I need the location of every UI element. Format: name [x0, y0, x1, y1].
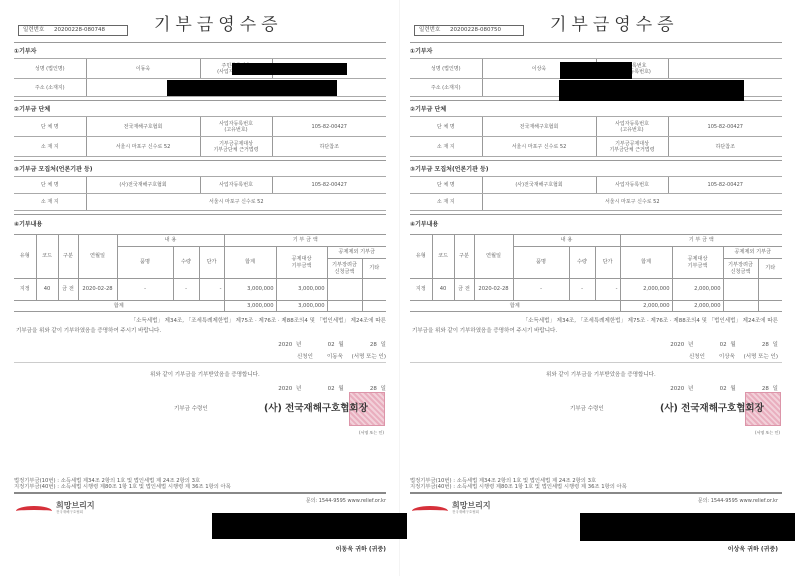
applicant-line: 신청인 이동욱 (서명 또는 인) — [297, 352, 386, 360]
sum-deductible: 3,000,000 — [276, 301, 327, 312]
org-reg-label: 사업자등록번호(고유번호) — [200, 117, 272, 137]
confirm-statement: 위와 같이 기부금을 기부받았음을 증명합니다. — [150, 370, 260, 378]
sum-label: 합계 — [14, 301, 224, 312]
recipient-address-redacted — [212, 513, 407, 539]
donor-id-redacted — [668, 59, 782, 79]
col-category: 구분 — [454, 235, 474, 279]
cell-code: 40 — [36, 279, 58, 301]
donation-table: 유형 코드 구분 연월일 내 용 기 부 금 액 품명 수량 단가 합계 공제대… — [410, 234, 782, 312]
cell-date: 2020-02-28 — [78, 279, 117, 301]
cell-unit-price: - — [199, 279, 224, 301]
contact-info: 문의: 1544-9595 www.relief.or.kr — [306, 497, 386, 504]
cell-total: 3,000,000 — [224, 279, 276, 301]
serial-number-box: 일련번호 20200228-080748 — [18, 25, 128, 36]
cell-date: 2020-02-28 — [474, 279, 513, 301]
org-location: 서울시 마포구 신수로 52 — [482, 137, 596, 157]
col-amount-group: 기 부 금 액 — [224, 235, 386, 247]
cell-category: 금 전 — [454, 279, 474, 301]
statement-line-1: 「소득세법」 제34조, 「조세특례제한법」 제75조 · 제76조 · 제88… — [131, 316, 386, 324]
sum-other — [758, 301, 782, 312]
serial-number: 20200228-080748 — [54, 27, 105, 33]
applicant-name: 이동욱 — [327, 354, 343, 360]
applicant-label: 신청인 — [689, 354, 705, 360]
collector-reg-label: 사업자등록번호 — [200, 177, 272, 194]
org-reg-number: 105-82-00427 — [272, 117, 386, 137]
logo-swoosh-icon — [412, 506, 448, 516]
applicant-label: 신청인 — [297, 354, 313, 360]
org-basis-label: 기부금공제대상기부금단체 근거법령 — [200, 137, 272, 157]
serial-label: 일련번호 — [23, 27, 44, 33]
collector-reg-number: 105-82-00427 — [668, 177, 782, 194]
col-non-deductible: 공제제외 기부금 — [327, 247, 386, 259]
footer-divider — [14, 492, 386, 494]
statement-line-2: 기부금을 위와 같이 기부하였음을 증명하여 주시기 바랍니다. — [16, 326, 161, 334]
collector-table: 단 체 명 (사)전국재해구호협회 사업자등록번호 105-82-00427 소… — [14, 176, 386, 211]
col-refund: 기부장려금신청금액 — [723, 259, 758, 279]
col-refund: 기부장려금신청금액 — [327, 259, 362, 279]
org-location-label: 소 재 지 — [410, 137, 482, 157]
section-divider — [14, 100, 386, 101]
cell-quantity: - — [173, 279, 199, 301]
receiver-org: (사) 전국재해구호협회장 — [660, 400, 764, 414]
col-item: 품명 — [117, 247, 173, 279]
receiver-org: (사) 전국재해구호협회장 — [264, 400, 368, 414]
sum-refund — [327, 301, 362, 312]
cell-refund — [327, 279, 362, 301]
org-name: 전국재해구호협회 — [86, 117, 200, 137]
sum-other — [362, 301, 386, 312]
donor-address-redaction — [559, 80, 744, 101]
donor-address-label: 주소 (소재지) — [14, 79, 86, 97]
sum-refund — [723, 301, 758, 312]
col-category: 구분 — [58, 235, 78, 279]
serial-number: 20200228-080750 — [450, 27, 501, 33]
receiver-sign: (서명 또는 인) — [359, 430, 384, 436]
collector-name-label: 단 체 명 — [410, 177, 482, 194]
cell-code: 40 — [432, 279, 454, 301]
col-unit-price: 단가 — [595, 247, 620, 279]
org-table: 단 체 명 전국재해구호협회 사업자등록번호(고유번호) 105-82-0042… — [14, 116, 386, 157]
applicant-sign: (서명 또는 인) — [352, 354, 386, 360]
cell-deductible: 2,000,000 — [672, 279, 723, 301]
org-basis: 하단참조 — [668, 137, 782, 157]
donor-id-redaction — [560, 62, 632, 79]
section-divider — [14, 214, 386, 215]
col-content-group: 내 용 — [513, 235, 620, 247]
cell-type: 지정 — [410, 279, 432, 301]
cell-unit-price: - — [595, 279, 620, 301]
donor-id-redaction — [232, 63, 347, 75]
applicant-name: 이상욱 — [719, 354, 735, 360]
section-divider — [410, 160, 782, 161]
cell-category: 금 전 — [58, 279, 78, 301]
org-name-label: 단 체 명 — [14, 117, 86, 137]
cell-other — [758, 279, 782, 301]
org-reg-number: 105-82-00427 — [668, 117, 782, 137]
col-deductible: 공제대상기부금액 — [276, 247, 327, 279]
section-org-heading: ②기부금 단체 — [410, 104, 782, 113]
section-donor-heading: ①기부자 — [410, 46, 782, 55]
footer-note-2: 지정기부금(40번) : 소득세법 시행령 제80조 1항 1호 및 법인세법 … — [410, 484, 627, 490]
receiver-sign: (서명 또는 인) — [755, 430, 780, 436]
section-donor-heading: ①기부자 — [14, 46, 386, 55]
collector-location: 서울시 마포구 신수로 52 — [482, 194, 782, 211]
receipt-title: 기부금영수증 — [550, 10, 679, 35]
confirm-statement: 위와 같이 기부금을 기부받았음을 증명합니다. — [546, 370, 656, 378]
donation-receipt-1: 일련번호 20200228-080748 기부금영수증 ①기부자 성명 (법인명… — [14, 0, 398, 576]
sum-total: 3,000,000 — [224, 301, 276, 312]
section-divider — [14, 362, 386, 363]
col-other: 기타 — [758, 259, 782, 279]
col-deductible: 공제대상기부금액 — [672, 247, 723, 279]
logo-subtext: 전국재해구호협회 — [56, 510, 83, 515]
cell-item: - — [513, 279, 569, 301]
col-type: 유형 — [14, 235, 36, 279]
col-unit-price: 단가 — [199, 247, 224, 279]
cell-item: - — [117, 279, 173, 301]
org-table: 단 체 명 전국재해구호협회 사업자등록번호(고유번호) 105-82-0042… — [410, 116, 782, 157]
col-total: 합계 — [620, 247, 672, 279]
page-divider — [399, 0, 400, 576]
cell-other — [362, 279, 386, 301]
col-non-deductible: 공제제외 기부금 — [723, 247, 782, 259]
cell-total: 2,000,000 — [620, 279, 672, 301]
footer-divider — [410, 492, 782, 494]
contact-info: 문의: 1544-9595 www.relief.or.kr — [698, 497, 778, 504]
serial-label: 일련번호 — [419, 27, 440, 33]
receiver-label: 기부금 수령인 — [570, 404, 604, 412]
org-location-label: 소 재 지 — [14, 137, 86, 157]
donor-name: 이동욱 — [86, 59, 200, 79]
cell-quantity: - — [569, 279, 595, 301]
donor-name-label: 성명 (법인명) — [410, 59, 482, 79]
statement-line-1: 「소득세법」 제34조, 「조세특례제한법」 제75조 · 제76조 · 제88… — [523, 316, 778, 324]
col-total: 합계 — [224, 247, 276, 279]
confirm-date: 2020 년 02 월 28 일 — [670, 384, 778, 392]
col-type: 유형 — [410, 235, 432, 279]
col-other: 기타 — [362, 259, 386, 279]
collector-location-label: 소 재 지 — [14, 194, 86, 211]
collector-table: 단 체 명 (사)전국재해구호협회 사업자등록번호 105-82-00427 소… — [410, 176, 782, 211]
col-quantity: 수량 — [173, 247, 199, 279]
donor-address-redaction — [167, 80, 337, 96]
receipt-title: 기부금영수증 — [154, 10, 283, 35]
table-row: 지정 40 금 전 2020-02-28 - - - 2,000,000 2,0… — [410, 279, 782, 301]
col-code: 코드 — [432, 235, 454, 279]
table-row: 지정 40 금 전 2020-02-28 - - - 3,000,000 3,0… — [14, 279, 386, 301]
col-amount-group: 기 부 금 액 — [620, 235, 782, 247]
collector-name: (사)전국재해구호협회 — [482, 177, 596, 194]
cell-type: 지정 — [14, 279, 36, 301]
collector-reg-number: 105-82-00427 — [272, 177, 386, 194]
section-content-heading: ④기부내용 — [14, 219, 386, 228]
donor-name-label: 성명 (법인명) — [14, 59, 86, 79]
section-divider — [14, 42, 386, 43]
sum-deductible: 2,000,000 — [672, 301, 723, 312]
section-collector-heading: ③기부금 모집처(언론기관 등) — [410, 164, 782, 173]
collector-location: 서울시 마포구 신수로 52 — [86, 194, 386, 211]
col-date: 연월일 — [78, 235, 117, 279]
statement-line-2: 기부금을 위와 같이 기부하였음을 증명하여 주시기 바랍니다. — [412, 326, 557, 334]
sum-row: 합계 3,000,000 3,000,000 — [14, 301, 386, 312]
sum-total: 2,000,000 — [620, 301, 672, 312]
collector-location-label: 소 재 지 — [410, 194, 482, 211]
sum-label: 합계 — [410, 301, 620, 312]
section-divider — [410, 214, 782, 215]
col-item: 품명 — [513, 247, 569, 279]
col-content-group: 내 용 — [117, 235, 224, 247]
applicant-date: 2020 년 02 월 28 일 — [278, 340, 386, 348]
applicant-line: 신청인 이상욱 (서명 또는 인) — [689, 352, 778, 360]
col-date: 연월일 — [474, 235, 513, 279]
collector-name: (사)전국재해구호협회 — [86, 177, 200, 194]
serial-number-box: 일련번호 20200228-080750 — [414, 25, 524, 36]
col-code: 코드 — [36, 235, 58, 279]
logo-swoosh-icon — [16, 506, 52, 516]
collector-reg-label: 사업자등록번호 — [596, 177, 668, 194]
section-collector-heading: ③기부금 모집처(언론기관 등) — [14, 164, 386, 173]
section-org-heading: ②기부금 단체 — [14, 104, 386, 113]
applicant-sign: (서명 또는 인) — [744, 354, 778, 360]
donation-table: 유형 코드 구분 연월일 내 용 기 부 금 액 품명 수량 단가 합계 공제대… — [14, 234, 386, 312]
org-reg-label: 사업자등록번호(고유번호) — [596, 117, 668, 137]
section-content-heading: ④기부내용 — [410, 219, 782, 228]
donation-receipt-2: 일련번호 20200228-080750 기부금영수증 ①기부자 성명 (법인명… — [410, 0, 790, 576]
org-name-label: 단 체 명 — [410, 117, 482, 137]
section-divider — [14, 160, 386, 161]
section-divider — [410, 42, 782, 43]
col-quantity: 수량 — [569, 247, 595, 279]
recipient-address-redacted — [580, 513, 795, 541]
footer-note-2: 지정기부금(40번) : 소득세법 시행령 제80조 1항 1호 및 법인세법 … — [14, 484, 231, 490]
org-basis: 하단참조 — [272, 137, 386, 157]
confirm-date: 2020 년 02 월 28 일 — [278, 384, 386, 392]
donor-address-label: 주소 (소재지) — [410, 79, 482, 97]
recipient-line: 이상욱 귀하 (귀중) — [728, 544, 778, 553]
section-divider — [410, 362, 782, 363]
cell-refund — [723, 279, 758, 301]
sum-row: 합계 2,000,000 2,000,000 — [410, 301, 782, 312]
cell-deductible: 3,000,000 — [276, 279, 327, 301]
recipient-line: 이동욱 귀하 (귀중) — [336, 544, 386, 553]
collector-name-label: 단 체 명 — [14, 177, 86, 194]
org-name: 전국재해구호협회 — [482, 117, 596, 137]
logo-subtext: 전국재해구호협회 — [452, 510, 479, 515]
receiver-label: 기부금 수령인 — [174, 404, 208, 412]
org-basis-label: 기부금공제대상기부금단체 근거법령 — [596, 137, 668, 157]
applicant-date: 2020 년 02 월 28 일 — [670, 340, 778, 348]
org-location: 서울시 마포구 신수로 52 — [86, 137, 200, 157]
